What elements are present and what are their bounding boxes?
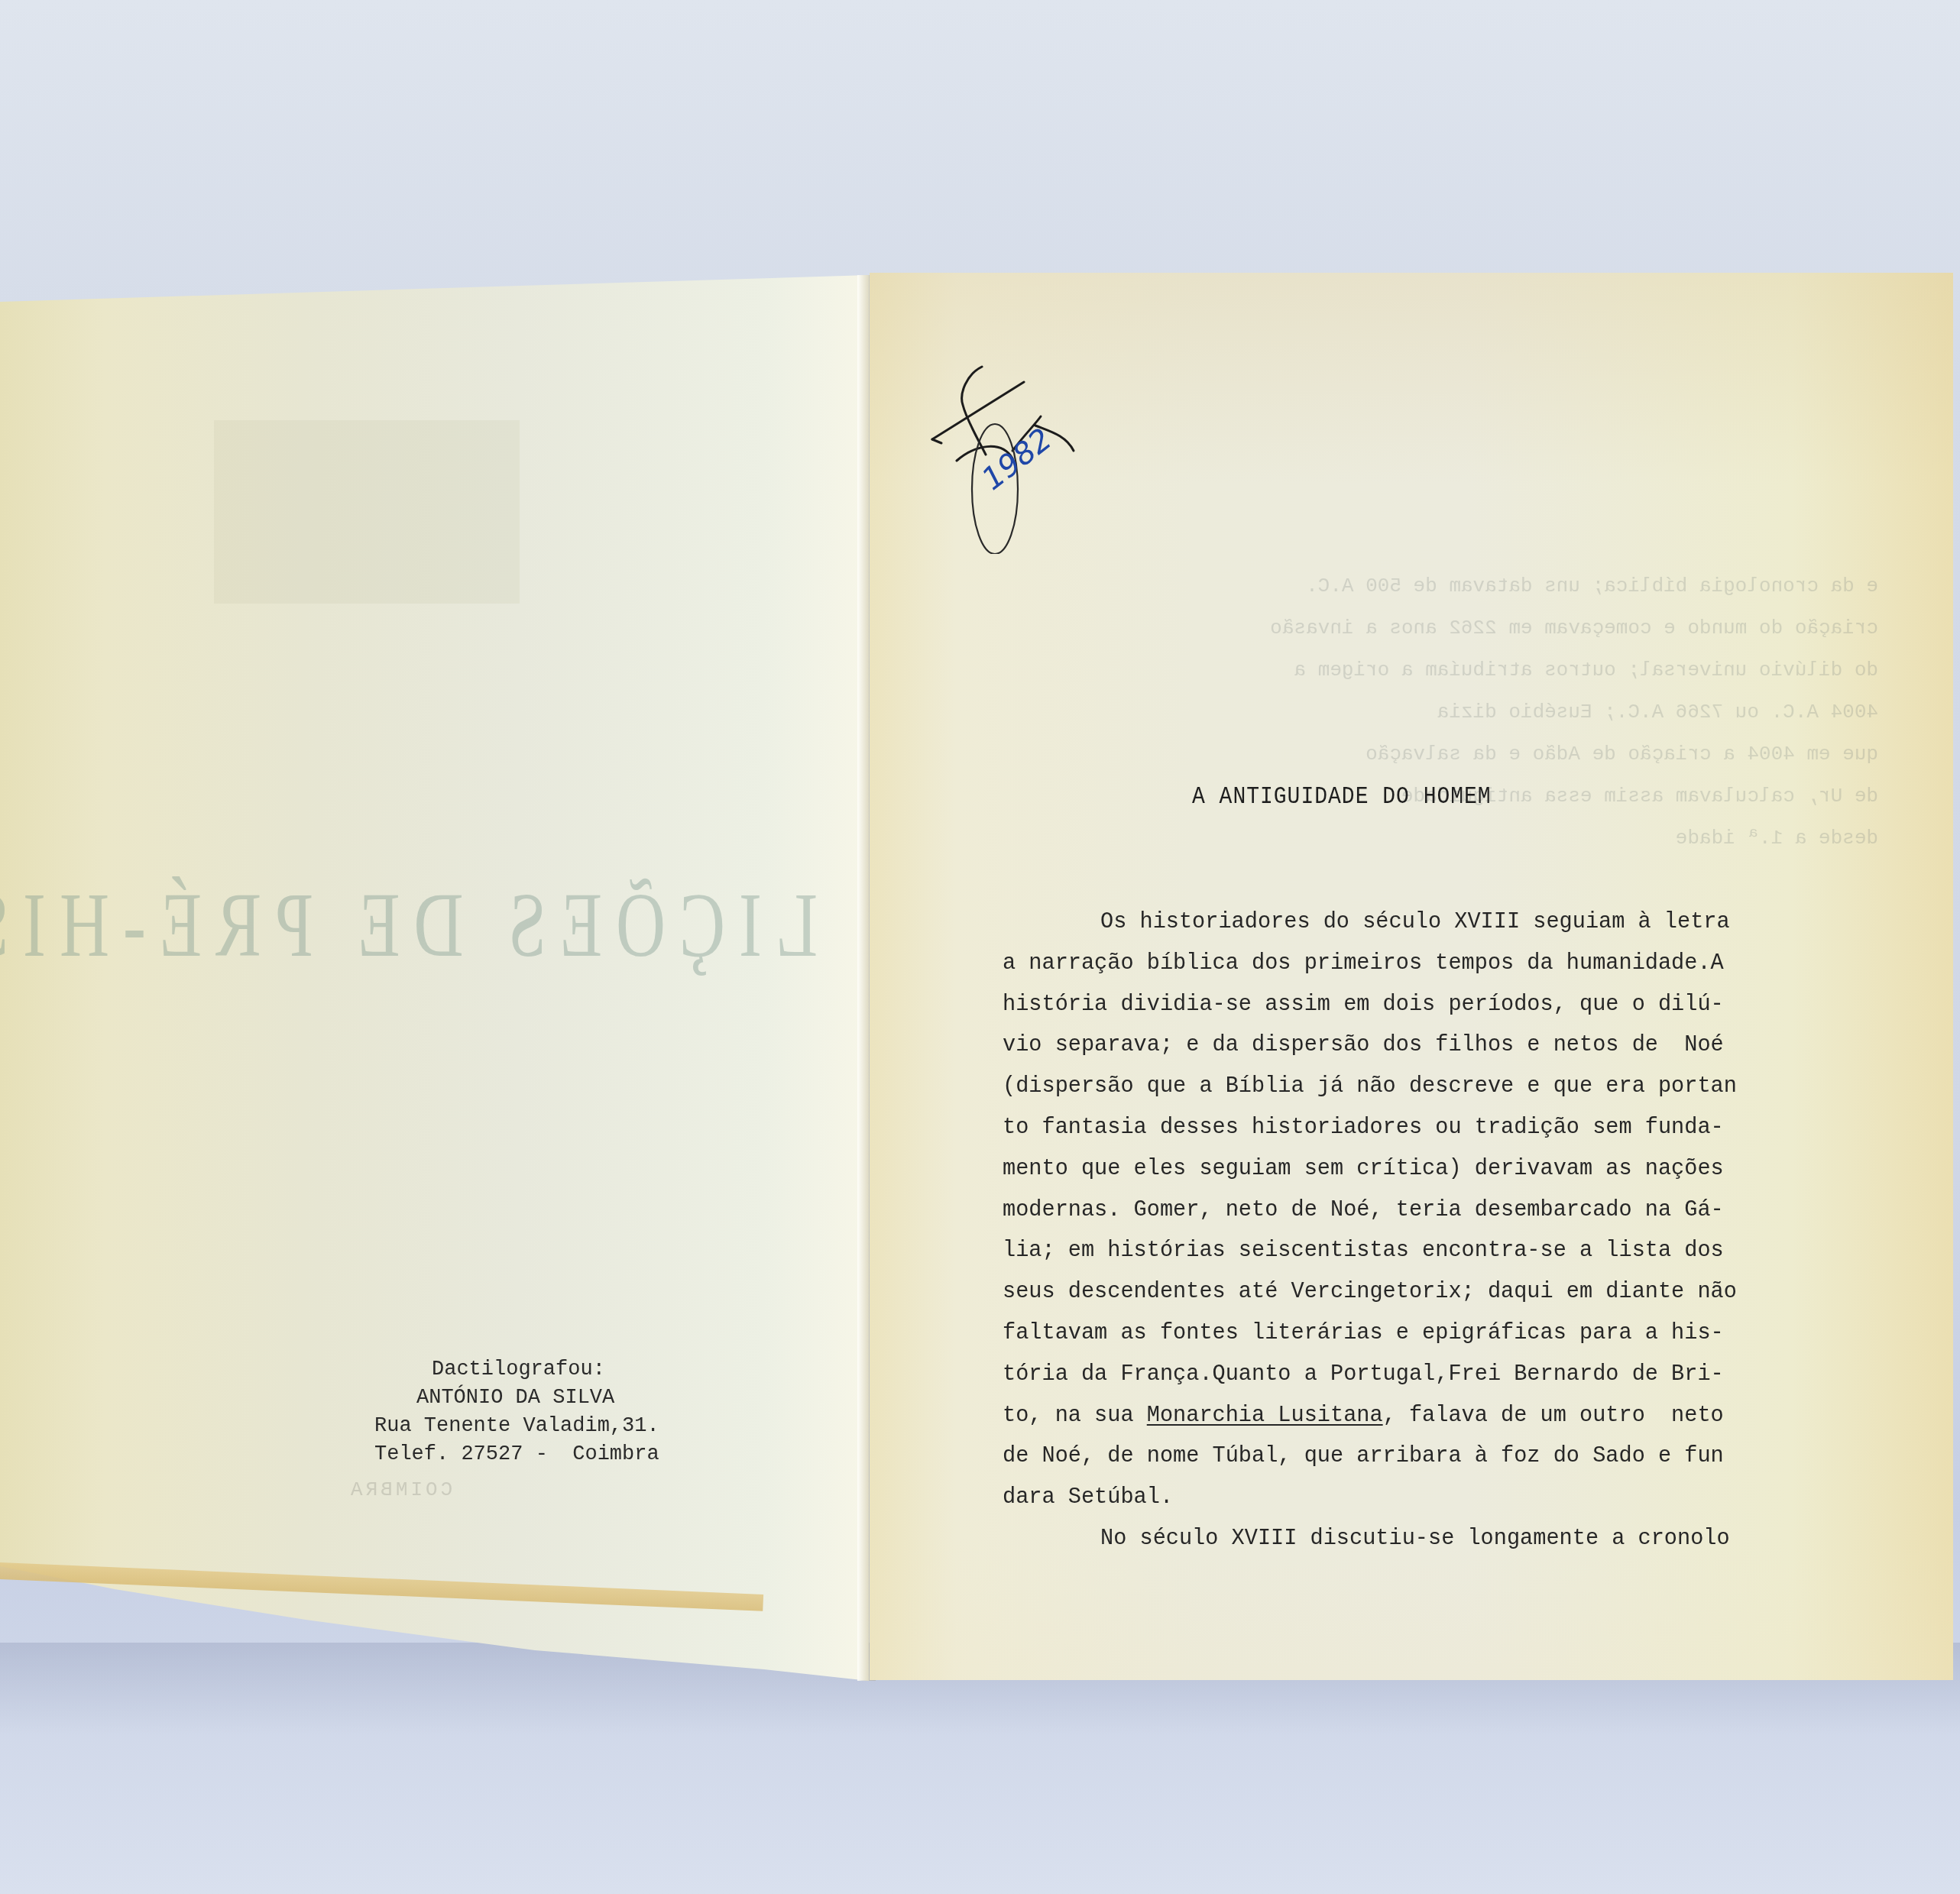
ghost-cover-block <box>214 420 520 604</box>
colophon: Dactilografou: ANTÓNIO DA SILVA Rua Tene… <box>374 1356 726 1469</box>
document-title: A ANTIGUIDADE DO HOMEM <box>1192 784 1492 811</box>
text-line: mento que eles seguiam sem crítica) deri… <box>1003 1148 1797 1190</box>
book-title-underlined: Monarchia Lusitana <box>1147 1403 1383 1428</box>
colophon-phone-city: Telef. 27527 - Coimbra <box>374 1441 726 1469</box>
text-line: tória da França.Quanto a Portugal,Frei B… <box>1003 1354 1797 1395</box>
bleed-through-line: criação do mundo e começavam em 2262 ano… <box>999 617 1878 639</box>
bleed-through-line: desde a 1.ª idade <box>999 827 1878 850</box>
text-line: No século XVIII discutiu-se longamente a… <box>1003 1518 1797 1559</box>
ghost-cover-title: LIÇÕES DE PRÉ-HISTÓRIA <box>31 873 818 979</box>
bleed-through-line: 4004 A.C. ou 7266 A.C.; Eusébio dizia <box>999 701 1878 724</box>
colophon-address: Rua Tenente Valadim,31. <box>374 1413 726 1441</box>
text-line: faltavam as fontes literárias e epigráfi… <box>1003 1313 1797 1354</box>
left-page: LIÇÕES DE PRÉ-HISTÓRIA <box>0 275 869 1681</box>
bleed-through-line: que em 4004 a criação de Adão e da salva… <box>999 743 1878 766</box>
colophon-typist: ANTÓNIO DA SILVA <box>374 1384 726 1413</box>
colophon-label: Dactilografou: <box>374 1356 726 1384</box>
text-line: lia; em histórias seiscentistas encontra… <box>1003 1230 1797 1271</box>
text-line: modernas. Gomer, neto de Noé, teria dese… <box>1003 1190 1797 1231</box>
text-fragment: to, na sua <box>1003 1403 1147 1428</box>
text-line-with-book-title: to, na sua Monarchia Lusitana, falava de… <box>1003 1395 1797 1436</box>
text-line: dara Setúbal. <box>1003 1477 1797 1518</box>
text-line: vio separava; e da dispersão dos filhos … <box>1003 1025 1797 1066</box>
text-line: Os historiadores do século XVIII seguiam… <box>1003 902 1797 943</box>
text-line: seus descendentes até Vercingetorix; daq… <box>1003 1271 1797 1313</box>
text-line: de Noé, de nome Túbal, que arribara à fo… <box>1003 1436 1797 1477</box>
text-line: to fantasia desses historiadores ou trad… <box>1003 1107 1797 1148</box>
bleed-through-line: e da cronologia bíblica; uns datavam de … <box>999 575 1878 597</box>
text-fragment: , falava de um outro neto <box>1383 1403 1724 1428</box>
ghost-cover-city: COIMBRA <box>348 1478 452 1501</box>
bleed-through-line: do dilúvio universal; outros atribuíam a… <box>999 659 1878 682</box>
text-line: história dividia-se assim em dois períod… <box>1003 984 1797 1025</box>
text-line: a narração bíblica dos primeiros tempos … <box>1003 943 1797 984</box>
body-text: Os historiadores do século XVIII seguiam… <box>1003 902 1797 1559</box>
text-line: (dispersão que a Bíblia já não descreve … <box>1003 1066 1797 1107</box>
